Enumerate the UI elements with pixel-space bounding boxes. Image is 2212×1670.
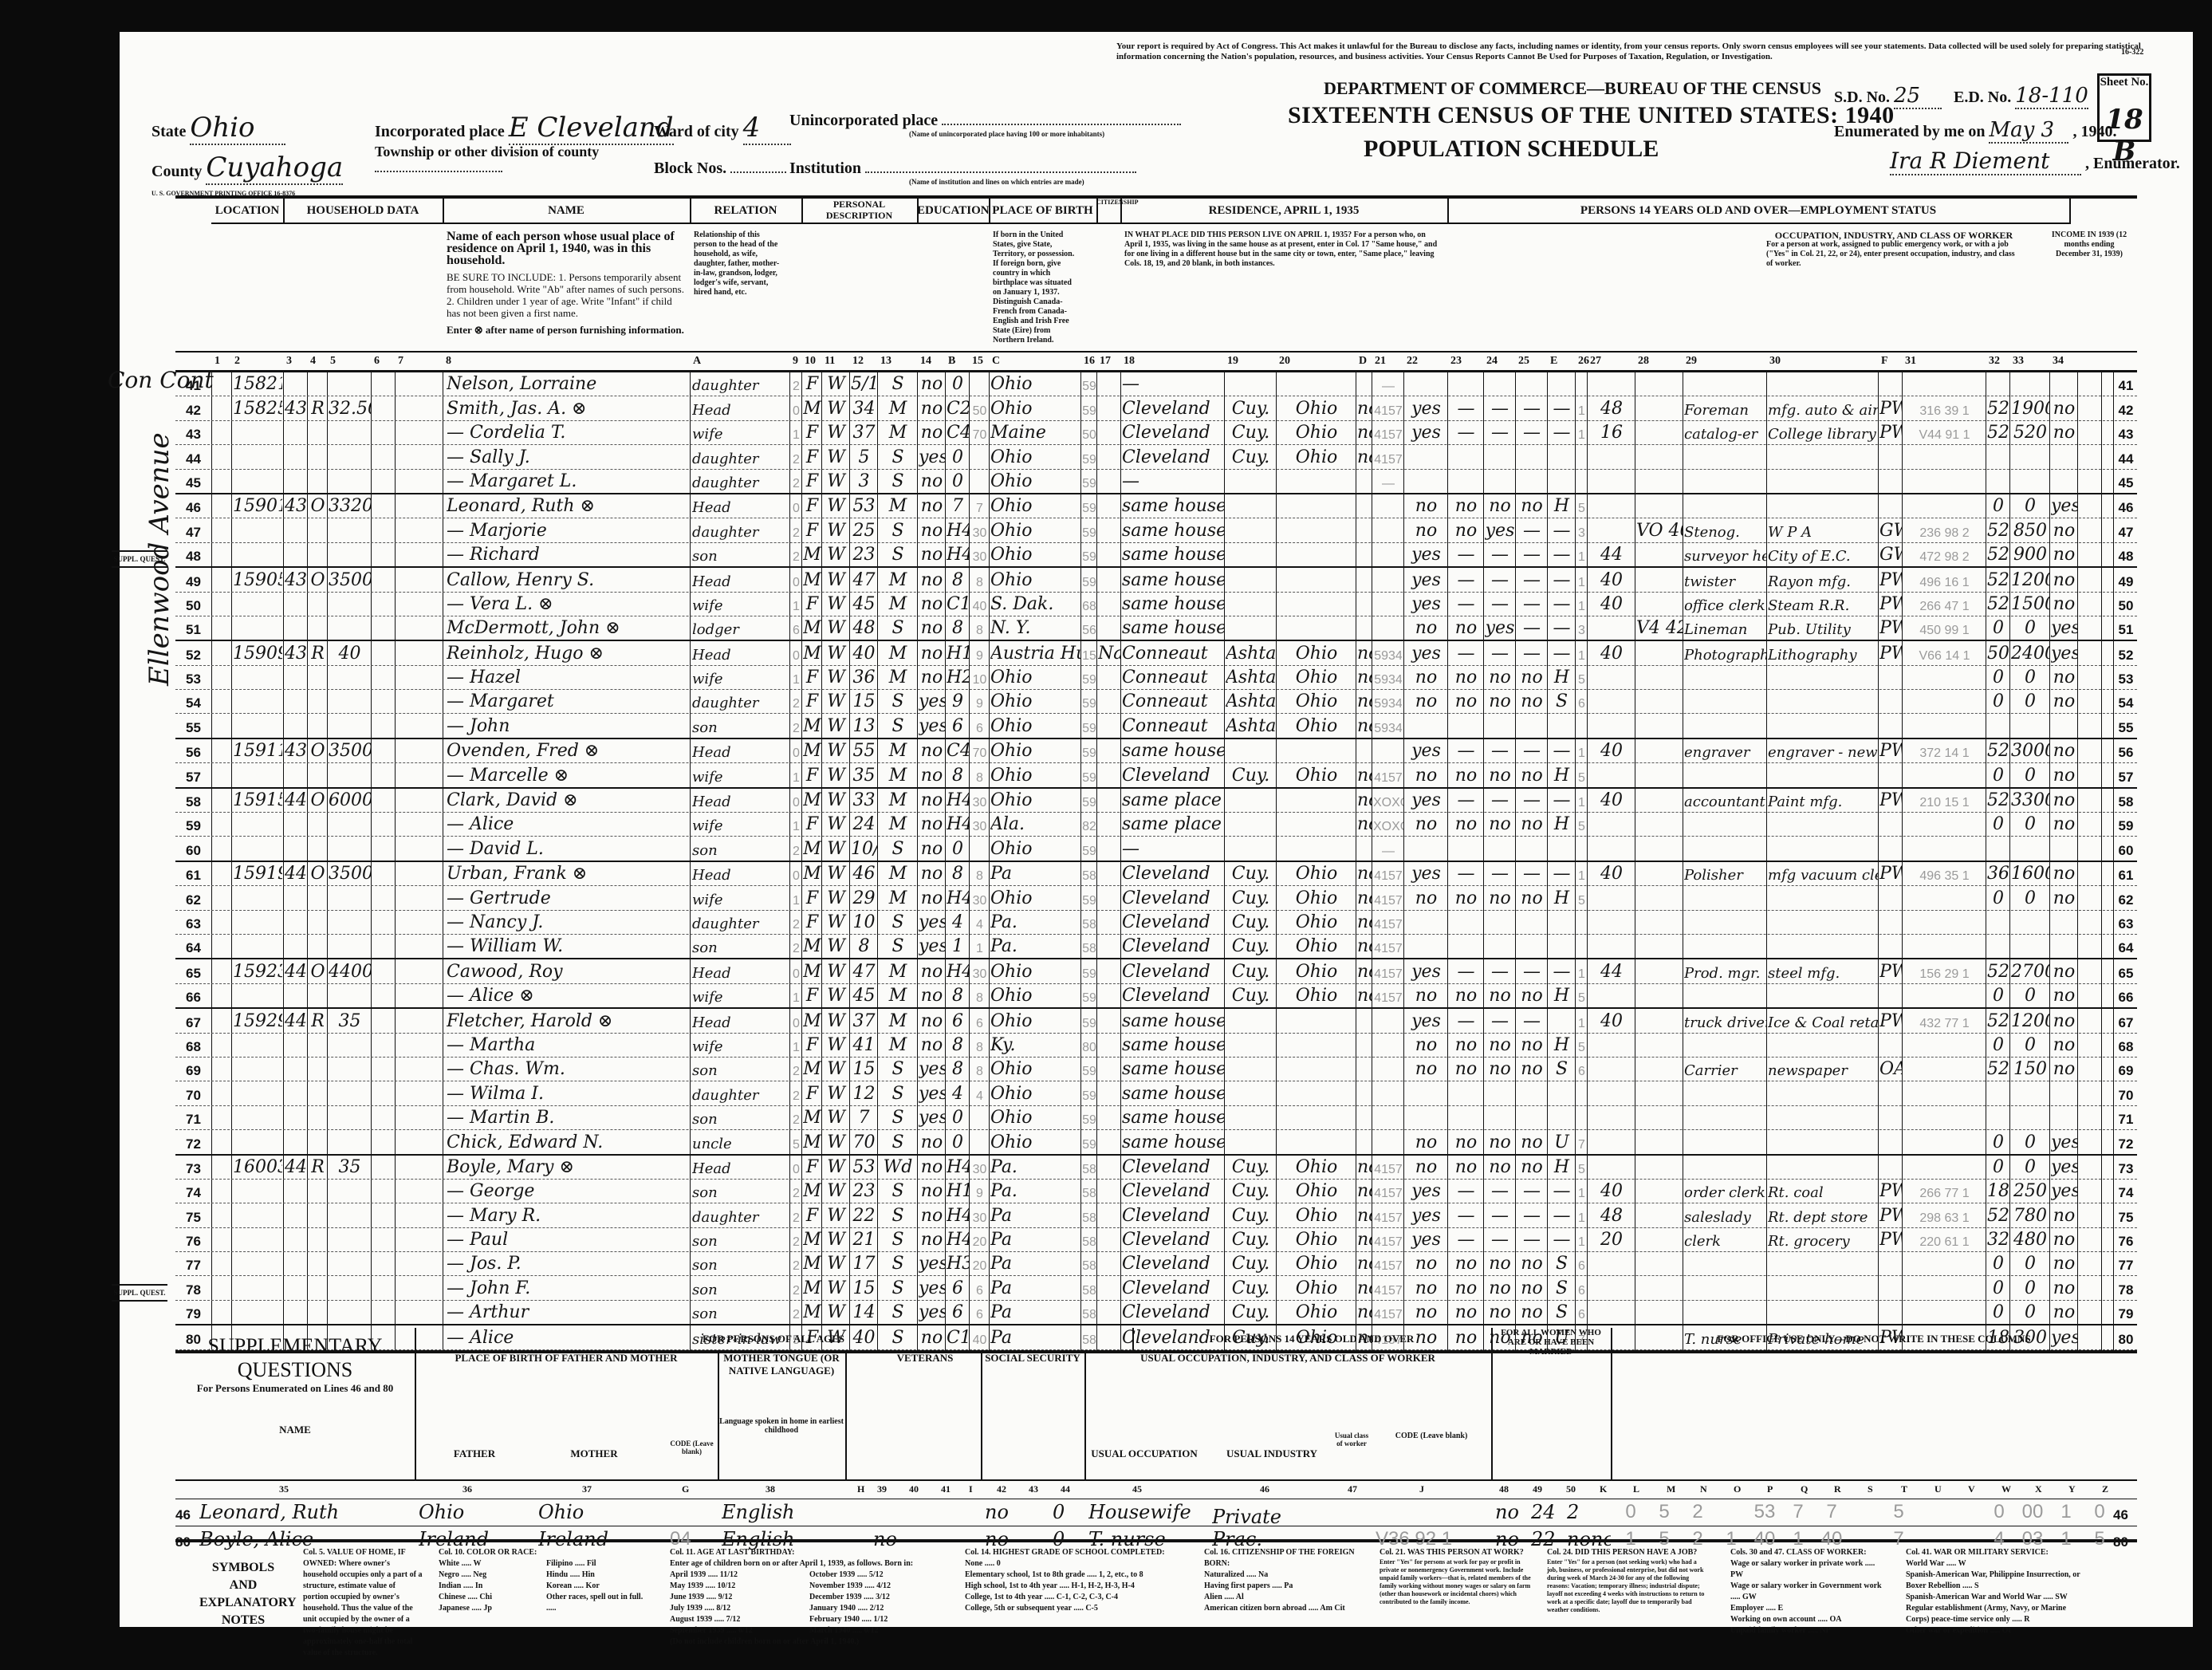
cell-birth: Pa.	[990, 1157, 1080, 1177]
note-label: Hindu	[546, 1570, 568, 1579]
cell-sex: F	[803, 496, 821, 516]
cell-industry: Lithography	[1768, 647, 1878, 664]
cell-age: 53	[851, 1157, 877, 1177]
cell-dcode: 4157	[1373, 894, 1403, 908]
supp-column-number: U	[1935, 1483, 1942, 1495]
cell-birth: Ohio	[990, 545, 1080, 565]
supp-office-cell: 2	[1682, 1501, 1714, 1523]
census-sheet: State Ohio County Cuyahoga U. S. GOVERNM…	[120, 32, 2193, 1627]
cell-occupation: Carrier	[1684, 1062, 1766, 1079]
cell-school: no	[919, 888, 945, 908]
supp-usual-ind-col: USUAL INDUSTRY	[1212, 1447, 1332, 1460]
cell-relation: wife	[692, 989, 788, 1006]
cell-line: 78	[175, 1282, 211, 1298]
column-number: 5	[330, 355, 336, 368]
cell-c21: no	[1405, 1278, 1447, 1298]
cell-marital: S	[879, 618, 917, 638]
cell-c24: —	[1517, 962, 1547, 982]
cell-sex: F	[803, 1084, 821, 1104]
cell-school: yes	[919, 1278, 945, 1298]
table-row: 6115919441O3500Urban, Frank ⊗Head0MW46Mn…	[175, 862, 2137, 886]
cell-c24: no	[1517, 1035, 1547, 1055]
note-label: None	[965, 1559, 982, 1568]
cell-dcode: 4157	[1373, 1235, 1403, 1250]
cell-c24: —	[1517, 423, 1547, 443]
cell-other: yes	[2051, 1181, 2077, 1201]
cell-bcode: 59	[1082, 404, 1096, 419]
supp-office-cell: 7	[1816, 1501, 1848, 1523]
cell-c21: yes	[1405, 399, 1447, 419]
cell-name: — Marcelle ⊗	[447, 766, 690, 786]
cell-other: yes	[2051, 1157, 2077, 1177]
suppl-quest-tag-46: SUPPL. QUEST.	[112, 550, 167, 568]
cell-school: yes	[919, 1254, 945, 1274]
cell-birth: Ohio	[990, 766, 1080, 786]
cell-bcode: 58	[1082, 1187, 1096, 1201]
cell-line: 45	[175, 475, 211, 491]
cell-age: 34	[851, 399, 877, 419]
cell-relation: wife	[692, 426, 788, 443]
cell-c24: —	[1517, 1230, 1547, 1250]
cell-c24: —	[1517, 545, 1547, 565]
notes-col11-title: Col. 11. AGE AT LAST BIRTHDAY:	[670, 1547, 941, 1558]
cell-weeks: 36	[1987, 864, 2009, 884]
cell-county: Cuy.	[1226, 1278, 1276, 1298]
cell-c23: —	[1485, 644, 1515, 664]
cell-farm: no	[1357, 814, 1372, 834]
cell-dcode: 4157	[1373, 771, 1403, 786]
cell-line-right: 70	[2115, 1088, 2137, 1104]
cell-birth: Ohio	[990, 521, 1080, 541]
ward-field: Ward of city 4	[654, 112, 791, 145]
cell-race: W	[823, 766, 849, 786]
cell-value: 3320	[329, 496, 371, 516]
cell-line-right: 78	[2115, 1282, 2137, 1298]
cell-line: 56	[175, 745, 211, 761]
cell-c21: no	[1405, 496, 1447, 516]
county-field: County Cuyahoga	[152, 152, 343, 185]
cell-c23: no	[1485, 1035, 1515, 1055]
cell-ecode2: 5	[1576, 1163, 1587, 1177]
note-code: In	[475, 1581, 482, 1590]
cell-c24: no	[1517, 1059, 1547, 1079]
cell-c24: no	[1517, 1278, 1547, 1298]
cell-school: no	[919, 471, 945, 491]
cell-industry: Ice & Coal retail	[1768, 1014, 1878, 1031]
note-code: SW	[2055, 1593, 2068, 1601]
supp-parents-box: PLACE OF BIRTH OF FATHER AND MOTHER FATH…	[415, 1352, 719, 1479]
cell-age: 15	[851, 1278, 877, 1298]
supp-tongue-box: MOTHER TONGUE (OR NATIVE LANGUAGE) Langu…	[718, 1352, 847, 1479]
cell-weeks: 52	[1987, 790, 2009, 810]
cell-name: — Arthur	[447, 1302, 690, 1322]
cell-grade: 8	[947, 864, 969, 884]
cell-city: Cleveland	[1122, 1254, 1224, 1274]
cell-c23: —	[1485, 962, 1515, 982]
cell-line-right: 67	[2115, 1015, 2137, 1031]
note-code: Hin	[582, 1570, 595, 1579]
department-heading: DEPARTMENT OF COMMERCE—BUREAU OF THE CEN…	[1324, 78, 1821, 99]
cell-line: 73	[175, 1161, 211, 1177]
cell-weeks: 0	[1987, 668, 2009, 687]
cell-c24: no	[1517, 496, 1547, 516]
cell-age: 12	[851, 1084, 877, 1104]
table-row: 68— Marthawife1FW41Mno88Ky.80same housen…	[175, 1034, 2137, 1058]
table-row: 60— David L.son2MW10/12Sno0Ohio59——60	[175, 837, 2137, 861]
cell-relation: Head	[692, 965, 788, 982]
table-row: 48— Richardson2MW23SnoH430Ohio59same hou…	[175, 543, 2137, 568]
cell-grade: H4	[947, 1230, 969, 1250]
cell-marital: M	[879, 1011, 917, 1031]
cell-c22: no	[1449, 1132, 1483, 1152]
cell-rcode: 2	[791, 918, 801, 932]
note-label: Employer	[1730, 1604, 1764, 1613]
cell-line-right: 69	[2115, 1063, 2137, 1079]
cell-bcode: 59	[1082, 673, 1096, 687]
cell-school: no	[919, 790, 945, 810]
note-label: Elementary school, 1st to 8th grade	[965, 1570, 1085, 1579]
cell-line: 42	[175, 403, 211, 419]
cell-c24: —	[1517, 399, 1547, 419]
cell-grade: C1	[947, 594, 969, 614]
cell-ecode: 30	[970, 820, 989, 834]
cell-relation: son	[692, 1111, 788, 1128]
cell-line: 46	[175, 500, 211, 516]
cell-farm: no	[1357, 716, 1372, 736]
cell-city: same house	[1122, 1108, 1224, 1128]
cell-occupation: Prod. mgr.	[1684, 965, 1766, 982]
cell-ecode: 1	[970, 942, 989, 956]
cell-farm: no	[1357, 888, 1372, 908]
cell-city: Cleveland	[1122, 447, 1224, 467]
cell-class: PW	[1879, 741, 1902, 761]
note-code: Chi	[479, 1593, 492, 1601]
cell-sex: M	[803, 1132, 821, 1152]
cell-birth: Pa.	[990, 912, 1080, 932]
cell-county: Cuy.	[1226, 986, 1276, 1006]
cell-sex: M	[803, 1181, 821, 1201]
cell-c21: no	[1405, 888, 1447, 908]
sd-value: 25	[1894, 84, 1942, 109]
cell-line-right: 51	[2115, 622, 2137, 638]
cell-line: 59	[175, 818, 211, 834]
cell-bcode: 59	[1082, 453, 1096, 467]
note-item: Spanish-American War and World War .....…	[1906, 1592, 2081, 1603]
cell-sex: F	[803, 691, 821, 711]
column-number: 21	[1375, 355, 1386, 368]
cell-birth: Ohio	[990, 716, 1080, 736]
cell-name: Callow, Henry S.	[447, 570, 690, 590]
cell-c22: —	[1449, 1206, 1483, 1226]
cell-c22: no	[1449, 814, 1483, 834]
cell-sex: F	[803, 374, 821, 394]
cell-relation: son	[692, 842, 788, 859]
column-number: 33	[2013, 355, 2024, 368]
cell-hours: 40	[1588, 594, 1635, 614]
cell-birth: Ohio	[990, 1132, 1080, 1152]
cell-school: no	[919, 864, 945, 884]
cell-line-right: 46	[2115, 500, 2137, 516]
income-heading: INCOME IN 1939 (12 months ending Decembe…	[2049, 230, 2129, 259]
cell-wages: 1900	[2011, 399, 2049, 419]
cell-c25: H	[1549, 1035, 1575, 1055]
cell-c25: —	[1549, 423, 1575, 443]
column-number: 30	[1769, 355, 1781, 368]
cell-dcode: XOXO	[1373, 820, 1403, 834]
notes-col41: Col. 41. WAR OR MILITARY SERVICE: World …	[1906, 1547, 2081, 1637]
cell-c22: no	[1449, 668, 1483, 687]
cell-ecode2: 6	[1576, 1065, 1587, 1079]
note-code: 8/12	[716, 1604, 730, 1613]
cell-ecode2: 5	[1576, 673, 1587, 687]
cell-rcode: 2	[791, 1284, 801, 1298]
notes-col41-title: Col. 41. WAR OR MILITARY SERVICE:	[1906, 1547, 2081, 1558]
cell-ecode: 70	[970, 746, 989, 761]
note-label: Spanish-American War and World War	[1906, 1593, 2041, 1601]
supp-column-number: 35	[279, 1483, 289, 1495]
cell-county: Cuy.	[1226, 399, 1276, 419]
cell-occupation: saleslady	[1684, 1209, 1766, 1226]
group-employment: PERSONS 14 YEARS OLD AND OVER—EMPLOYMENT…	[1447, 199, 2071, 224]
cell-line: 44	[175, 451, 211, 467]
cell-sex: M	[803, 741, 821, 761]
cell-line-right: 68	[2115, 1039, 2137, 1055]
cell-grade: 8	[947, 986, 969, 1006]
cell-age: 70	[851, 1132, 877, 1152]
note-item: January 1940 ..... 2/12	[809, 1603, 941, 1614]
cell-c22: no	[1449, 888, 1483, 908]
cell-grade: 0	[947, 1132, 969, 1152]
cell-marital: M	[879, 570, 917, 590]
cell-marital: S	[879, 1084, 917, 1104]
cell-industry: mfg. auto & air prod.	[1768, 402, 1878, 419]
note-item: Other war or expedition ..... Ot	[1906, 1625, 2081, 1637]
note-item: Spanish-American War, Philippine Insurre…	[1906, 1570, 2081, 1592]
cell-other: no	[2051, 1230, 2077, 1250]
supp-column-number: 39	[877, 1483, 887, 1495]
column-number: 28	[1638, 355, 1649, 368]
cell-c21: yes	[1405, 1181, 1447, 1201]
cell-sex: F	[803, 447, 821, 467]
cell-unemp: V4 428	[1636, 618, 1683, 638]
cell-c25: —	[1549, 644, 1575, 664]
note-code: Na	[1258, 1570, 1268, 1579]
note-label: Indian	[439, 1581, 461, 1590]
confidentiality-notice: Your report is required by Act of Congre…	[1116, 41, 2153, 62]
cell-line-right: 45	[2115, 475, 2137, 491]
cell-house: 15909	[233, 644, 282, 664]
cell-ecode: 8	[970, 1041, 989, 1055]
note-item: Korean ..... Kor	[546, 1581, 646, 1592]
cell-age: 10	[851, 912, 877, 932]
cell-name: Leonard, Ruth ⊗	[447, 496, 690, 516]
cell-marital: S	[879, 1206, 917, 1226]
cell-relation: son	[692, 1306, 788, 1322]
table-row: 77— Jos. P.son2MW17SyesH320Pa58Cleveland…	[175, 1252, 2137, 1276]
cell-ecode: 8	[970, 771, 989, 786]
cell-name: — Margaret L.	[447, 471, 690, 491]
cell-race: W	[823, 790, 849, 810]
cell-grade: H4	[947, 814, 969, 834]
institution-label: Institution	[789, 160, 861, 177]
cell-grade: 7	[947, 496, 969, 516]
cell-fcode: 432 77 1	[1903, 1017, 1986, 1031]
cell-c25: —	[1549, 864, 1575, 884]
table-row: 62— Gertrudewife1FW29MnoH430Ohio59Clevel…	[175, 886, 2137, 910]
cell-line-right: 43	[2115, 427, 2137, 443]
cell-ecode: 30	[970, 526, 989, 541]
cell-other: no	[2051, 986, 2077, 1006]
cell-state: Ohio	[1277, 1254, 1356, 1274]
cell-industry: Steam R.R.	[1768, 597, 1878, 614]
cell-school: no	[919, 496, 945, 516]
cell-county: Ashtabula	[1226, 668, 1276, 687]
cell-city: Conneaut	[1122, 716, 1224, 736]
cell-rcode: 1	[791, 894, 801, 908]
cell-line: 71	[175, 1112, 211, 1128]
note-code: Am Cit	[1320, 1604, 1344, 1613]
cell-ecode: 9	[970, 1187, 989, 1201]
cell-class: PW	[1879, 1206, 1902, 1226]
cell-sex: F	[803, 1206, 821, 1226]
supp-name-box: NAME	[175, 1328, 416, 1479]
cell-bcode: 56	[1082, 624, 1096, 638]
table-body: 4115821Nelson, Lorrainedaughter2FW5/12Sn…	[175, 372, 2137, 1350]
cell-hours: 40	[1588, 790, 1635, 810]
cell-c23: no	[1485, 814, 1515, 834]
supp-usual-class-col: Usual class of worker	[1332, 1432, 1372, 1447]
note-item: Japanese ..... Jp	[439, 1603, 538, 1614]
cell-school: no	[919, 839, 945, 859]
cell-state: Ohio	[1277, 716, 1356, 736]
cell-weeks: 52	[1987, 1011, 2009, 1031]
supp-column-number: X	[2035, 1483, 2042, 1495]
cell-fcode: 156 29 1	[1903, 967, 1986, 982]
cell-ecode2: 5	[1576, 771, 1587, 786]
cell-state: Ohio	[1277, 668, 1356, 687]
cell-ecode: 20	[970, 1259, 989, 1274]
cell-farm: no	[1357, 790, 1372, 810]
table-row: 47— Marjoriedaughter2FW25SnoH430Ohio59sa…	[175, 518, 2137, 542]
cell-ecode: 30	[970, 894, 989, 908]
table-row: 5815915440O6000Clark, David ⊗Head0MW33Mn…	[175, 789, 2137, 813]
cell-birth: Ohio	[990, 839, 1080, 859]
cell-line: 55	[175, 720, 211, 736]
cell-dcode: 4157	[1373, 453, 1403, 467]
cell-race: W	[823, 1157, 849, 1177]
cell-house: 15905	[233, 570, 282, 590]
cell-age: 15	[851, 1059, 877, 1079]
cell-fcode: 266 77 1	[1903, 1187, 1986, 1201]
cell-line: 67	[175, 1015, 211, 1031]
column-number: 23	[1450, 355, 1462, 368]
cell-race: W	[823, 570, 849, 590]
notes-col10-title: Col. 10. COLOR OR RACE:	[439, 1547, 646, 1558]
cell-class: PW	[1879, 644, 1902, 664]
cell-class: PW	[1879, 962, 1902, 982]
cell-bcode: 58	[1082, 869, 1096, 884]
note-label: May 1939	[670, 1581, 703, 1590]
cell-name: — Vera L. ⊗	[447, 594, 690, 614]
cell-ecode: 8	[970, 1065, 989, 1079]
cell-name: — Paul	[447, 1230, 690, 1250]
note-item: November 1939 ..... 4/12	[809, 1581, 941, 1592]
cell-ecode: 4	[970, 918, 989, 932]
note-label: February 1940	[809, 1615, 860, 1624]
table-row: 79— Arthurson2MW14Syes66Pa58ClevelandCuy…	[175, 1301, 2137, 1325]
cell-industry: steel mfg.	[1768, 965, 1878, 982]
cell-line-right: 75	[2115, 1210, 2137, 1226]
cell-occupation: truck driver	[1684, 1014, 1766, 1031]
cell-age: 48	[851, 618, 877, 638]
cell-line-right: 76	[2115, 1234, 2137, 1250]
note-label: Having first papers	[1204, 1581, 1270, 1590]
cell-weeks: 0	[1987, 1035, 2009, 1055]
cell-birth: Pa	[990, 1206, 1080, 1226]
cell-occupation: office clerk	[1684, 597, 1766, 614]
cell-county: Cuy.	[1226, 1230, 1276, 1250]
cell-grade: H4	[947, 1157, 969, 1177]
note-label: Korean	[546, 1581, 572, 1590]
cell-dcode: 4157	[1373, 1211, 1403, 1226]
cell-farm: no	[1357, 1230, 1372, 1250]
column-number: 3	[286, 355, 292, 368]
note-code: S	[1974, 1581, 1979, 1590]
township-label: Township or other division of county	[375, 144, 599, 160]
table-row: 4115821Nelson, Lorrainedaughter2FW5/12Sn…	[175, 372, 2137, 396]
cell-line: 65	[175, 966, 211, 982]
cell-birth: N. Y.	[990, 618, 1080, 638]
cell-farm: no	[1357, 644, 1372, 664]
cell-c22: no	[1449, 986, 1483, 1006]
cell-weeks: 32	[1987, 1230, 2009, 1250]
supp-mother-header: MOTHER	[534, 1447, 654, 1460]
cell-state: Ohio	[1277, 644, 1356, 664]
cell-other: no	[2051, 1035, 2077, 1055]
cell-name: — Nancy J.	[447, 912, 690, 932]
cell-city: same house	[1122, 1035, 1224, 1055]
cell-farm: no	[1357, 447, 1372, 467]
note-item: Working on own account ..... OA	[1730, 1614, 1882, 1625]
cell-industry: engraver - newspaper	[1768, 744, 1878, 761]
note-label: Regular establishment (Army, Navy, or Ma…	[1906, 1604, 2066, 1624]
note-item: Alien ..... Al	[1204, 1592, 1364, 1603]
cell-fcode: 236 98 2	[1903, 526, 1986, 541]
cell-other: no	[2051, 668, 2077, 687]
cell-rcode: 2	[791, 550, 801, 565]
cell-birth: Ohio	[990, 1011, 1080, 1031]
cell-school: no	[919, 986, 945, 1006]
supp-column-number: M	[1667, 1483, 1675, 1495]
cell-school: no	[919, 766, 945, 786]
cell-birth: Ohio	[990, 399, 1080, 419]
cell-line: 50	[175, 598, 211, 614]
cell-line: 76	[175, 1234, 211, 1250]
ed-value: 18-110	[2015, 84, 2088, 109]
note-item: October 1939 ..... 5/12	[809, 1570, 941, 1581]
cell-race: W	[823, 423, 849, 443]
cell-other: no	[2051, 1059, 2077, 1079]
cell-c25: S	[1549, 1278, 1575, 1298]
cell-rcode: 2	[791, 380, 801, 394]
cell-ecode2: 7	[1576, 1138, 1587, 1152]
cell-rcode: 1	[791, 991, 801, 1006]
table-row: 7316003444R35Boyle, Mary ⊗Head0FW53WdnoH…	[175, 1156, 2137, 1180]
cell-marital: S	[879, 374, 917, 394]
cell-city: same house	[1122, 1132, 1224, 1152]
cell-rcode: 5	[791, 1138, 801, 1152]
cell-weeks: 52	[1987, 545, 2009, 565]
